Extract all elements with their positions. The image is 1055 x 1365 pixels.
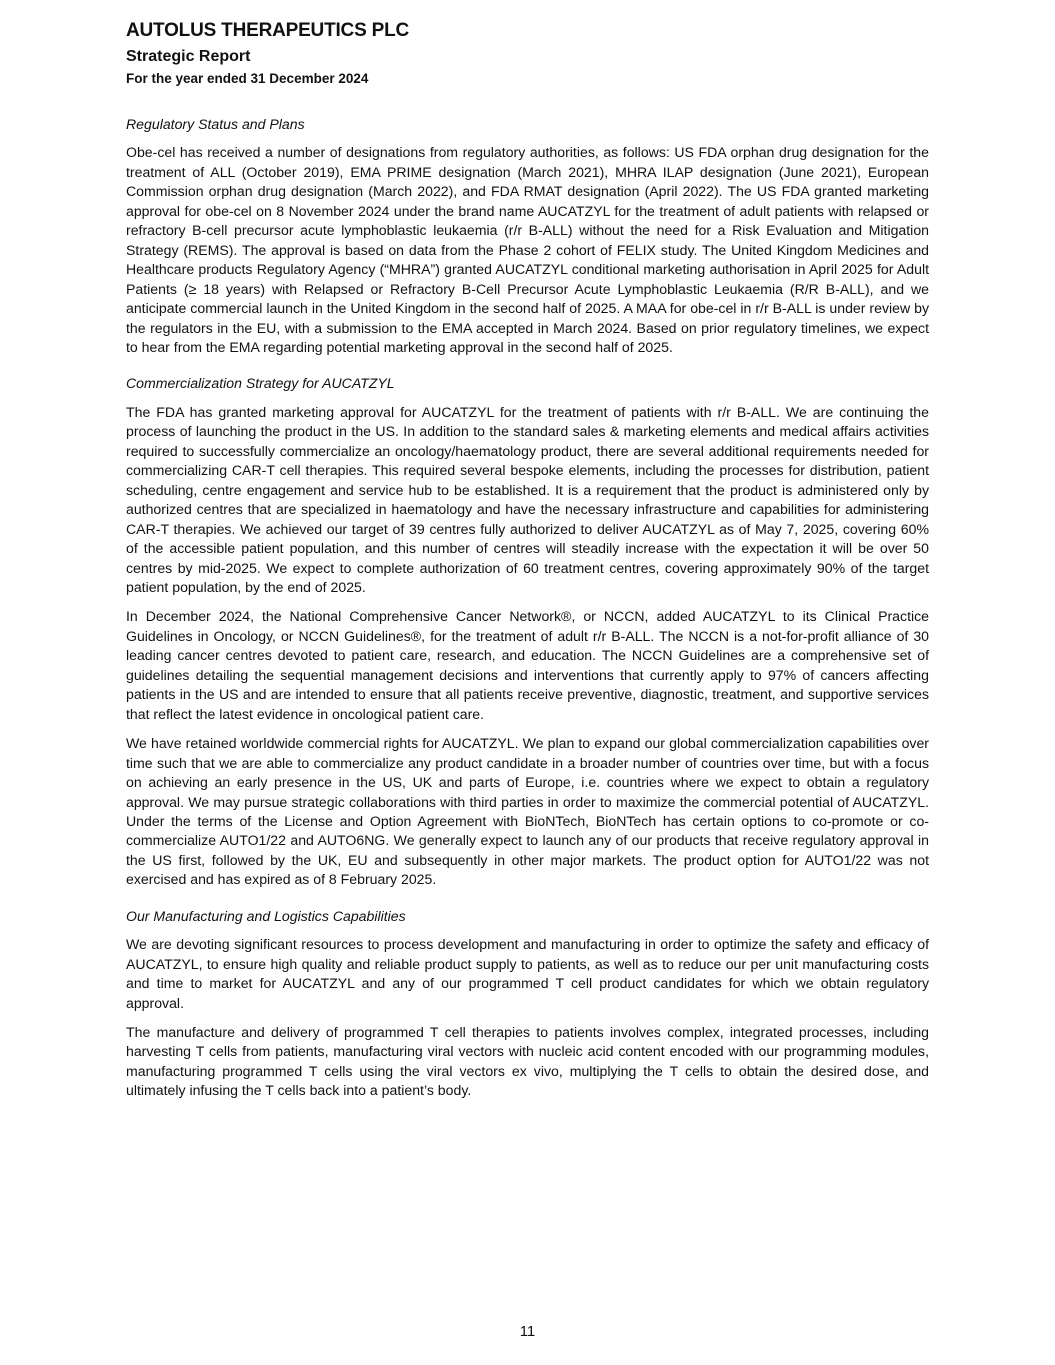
section-heading: Our Manufacturing and Logistics Capabili… [126, 907, 929, 926]
paragraph: The manufacture and delivery of programm… [126, 1023, 929, 1101]
paragraph: Obe-cel has received a number of designa… [126, 143, 929, 357]
section-heading: Commercialization Strategy for AUCATZYL [126, 374, 929, 393]
report-title: Strategic Report [126, 48, 250, 66]
paragraph: We are devoting significant resources to… [126, 935, 929, 1013]
document-body: Regulatory Status and Plans Obe-cel has … [126, 115, 929, 1111]
paragraph: The FDA has granted marketing approval f… [126, 403, 929, 598]
section-heading: Regulatory Status and Plans [126, 115, 929, 134]
company-name: AUTOLUS THERAPEUTICS PLC [126, 20, 409, 42]
paragraph: We have retained worldwide commercial ri… [126, 734, 929, 890]
section-commercialization-strategy: Commercialization Strategy for AUCATZYL … [126, 374, 929, 889]
paragraph: In December 2024, the National Comprehen… [126, 607, 929, 724]
section-regulatory-status: Regulatory Status and Plans Obe-cel has … [126, 115, 929, 357]
report-period: For the year ended 31 December 2024 [126, 71, 368, 86]
page-number: 11 [0, 1323, 1055, 1340]
section-manufacturing-logistics: Our Manufacturing and Logistics Capabili… [126, 907, 929, 1101]
